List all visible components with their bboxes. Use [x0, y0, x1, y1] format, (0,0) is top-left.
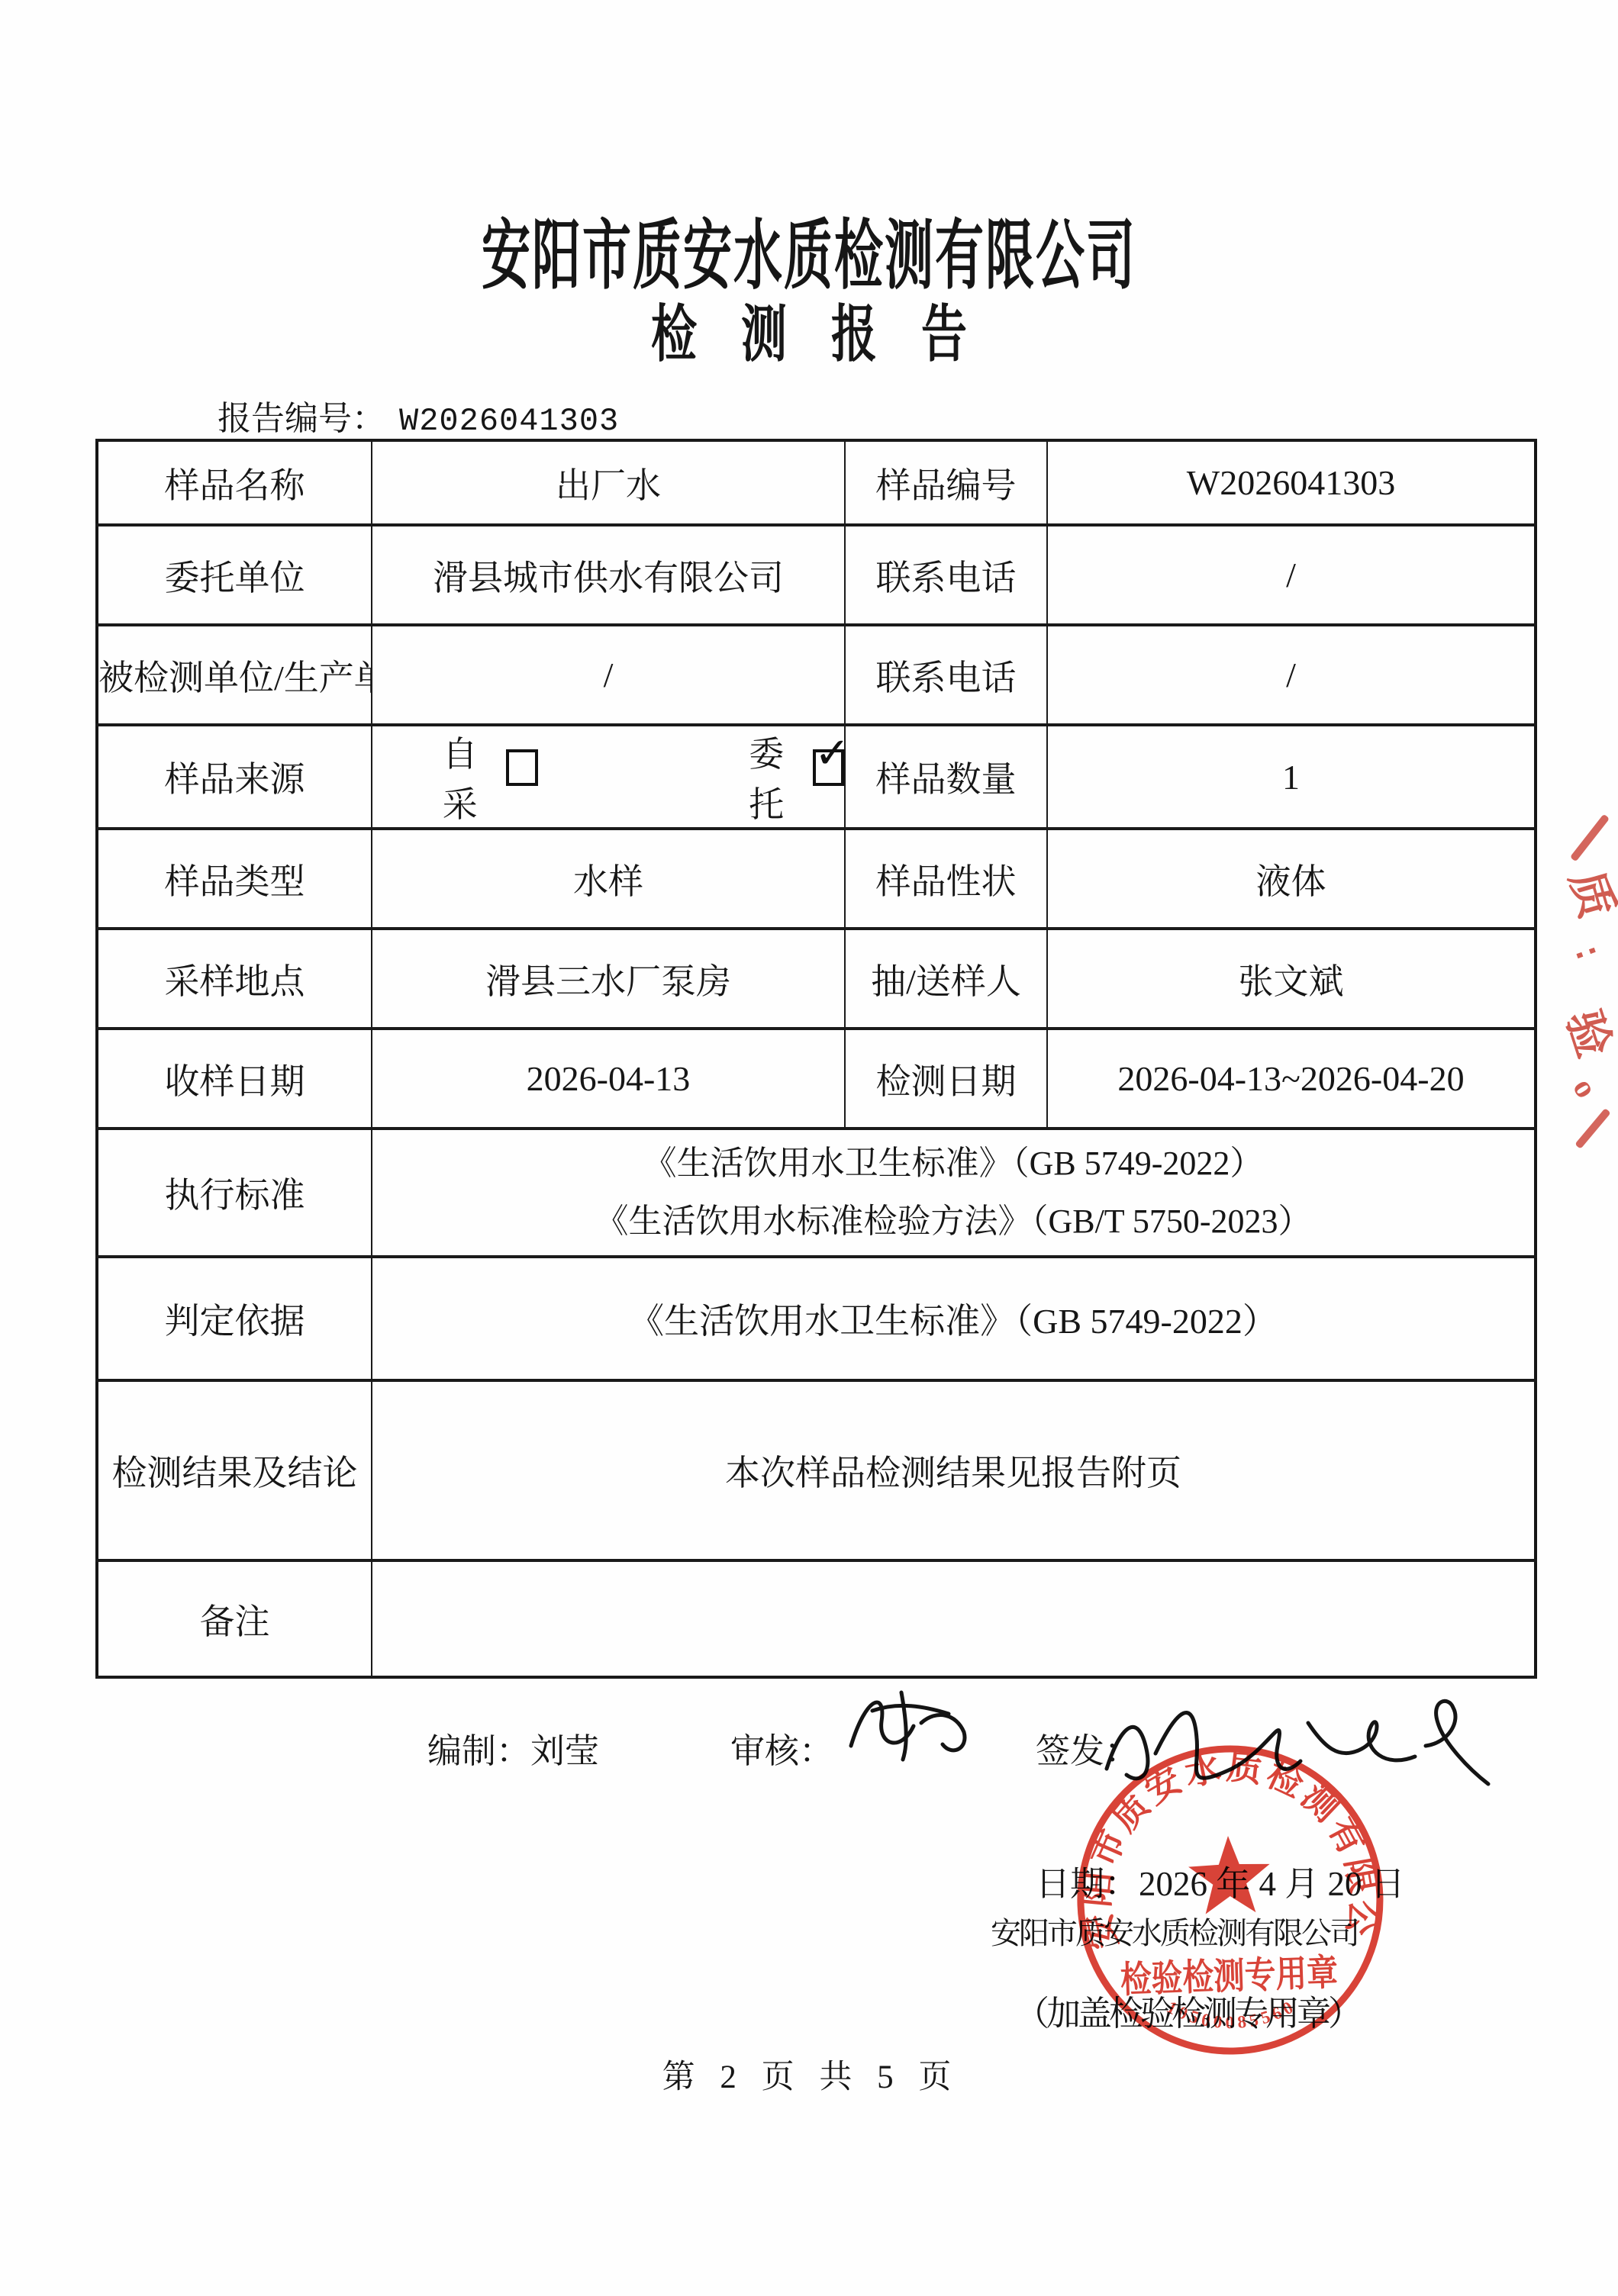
cell-label: 样品数量: [845, 725, 1047, 829]
cell-value: 张文斌: [1047, 929, 1536, 1029]
standard-line: 《生活饮用水卫生标准》（GB 5749-2022）: [372, 1135, 1534, 1193]
seal-ellipse: [1075, 1744, 1385, 2056]
stamp-bleed-mark: [1570, 814, 1610, 862]
cell-value: 1: [1047, 725, 1536, 829]
company-title-wrap: 安阳市质安水质检测有限公司: [0, 195, 1618, 266]
seal-serial-number: 10500085560: [1163, 1993, 1300, 2035]
checkbox-entrust-checked: ✓: [813, 749, 844, 786]
cell-value: 出厂水: [372, 440, 845, 525]
cell-label: 采样地点: [97, 929, 372, 1029]
reviewer-signature: [828, 1679, 1004, 1778]
company-seal: 安阳市质安水质检测有限公司 检验检测专用章 10500085560: [1049, 1720, 1412, 2083]
cell-value: W2026041303: [1047, 440, 1536, 525]
cell-value: 水样: [372, 829, 845, 929]
seal-band-text: 检验检测专用章: [1120, 1952, 1339, 2001]
report-number-label: 报告编号：: [218, 400, 385, 437]
cell-label: 样品类型: [97, 829, 372, 929]
prepared-name: 刘莹: [530, 1732, 599, 1770]
table-row: 收样日期 2026-04-13 检测日期 2026-04-13~2026-04-…: [97, 1029, 1536, 1129]
report-number-line: 报告编号：W2026041303: [218, 391, 619, 440]
cell-value: 液体: [1047, 829, 1536, 929]
checkbox-self-unchecked: [506, 749, 537, 786]
cell-value: 2026-04-13~2026-04-20: [1047, 1029, 1536, 1129]
stamp-bleed-fragment: 质: [1557, 862, 1618, 924]
cell-label: 联系电话: [845, 525, 1047, 625]
prepared-label: 编制：: [427, 1732, 530, 1770]
cell-label: 执行标准: [97, 1129, 372, 1257]
page-footer: 第 2 页 共 5 页: [0, 2051, 1618, 2098]
report-title: 检测报告: [607, 285, 1011, 374]
table-row: 执行标准 《生活饮用水卫生标准》（GB 5749-2022） 《生活饮用水标准检…: [97, 1129, 1536, 1257]
table-row: 样品来源 自采 委托 ✓ 样品数量 1: [97, 725, 1536, 829]
cell-label: 抽/送样人: [845, 929, 1047, 1029]
table-row: 采样地点 滑县三水厂泵房 抽/送样人 张文斌: [97, 929, 1536, 1029]
cell-label: 委托单位: [97, 525, 372, 625]
star-icon: [1188, 1834, 1272, 1914]
table-row: 检测结果及结论 本次样品检测结果见报告附页: [97, 1380, 1536, 1560]
cell-label: 检测结果及结论: [97, 1380, 372, 1560]
seal-company-arc-text: 安阳市质安水质检测有限公司: [1049, 1720, 1384, 1954]
sample-source-cell: 自采 委托 ✓: [372, 725, 845, 829]
cell-value: 滑县三水厂泵房: [372, 929, 845, 1029]
stamp-bleed-fragment: o: [1565, 1071, 1605, 1104]
table-row: 判定依据 《生活饮用水卫生标准》（GB 5749-2022）: [97, 1257, 1536, 1380]
cell-label: 样品名称: [97, 440, 372, 525]
table-row: 委托单位 滑县城市供水有限公司 联系电话 /: [97, 525, 1536, 625]
cell-value: [372, 1560, 1536, 1677]
source-option-self-label: 自采: [426, 726, 494, 827]
cell-label: 联系电话: [845, 625, 1047, 725]
standard-line: 《生活饮用水标准检验方法》（GB/T 5750-2023）: [372, 1193, 1534, 1251]
cell-label: 被检测单位/生产单位: [97, 625, 372, 725]
cell-label: 备注: [97, 1560, 372, 1677]
table-row: 样品类型 水样 样品性状 液体: [97, 829, 1536, 929]
cell-value: /: [372, 625, 845, 725]
report-number-value: W2026041303: [399, 403, 619, 440]
cell-label: 判定依据: [97, 1257, 372, 1380]
cell-label: 样品来源: [97, 725, 372, 829]
cell-value: 本次样品检测结果见报告附页: [372, 1380, 1536, 1560]
stamp-bleed-fragment: 验: [1554, 1000, 1618, 1064]
prepared-by: 编制：刘莹: [427, 1723, 599, 1773]
stamp-bleed-mark: [1574, 1108, 1611, 1149]
cell-value: 《生活饮用水卫生标准》（GB 5749-2022）: [372, 1257, 1536, 1380]
cell-label: 样品性状: [845, 829, 1047, 929]
cell-value: 2026-04-13: [372, 1029, 845, 1129]
cell-label: 检测日期: [845, 1029, 1047, 1129]
cell-value: /: [1047, 625, 1536, 725]
table-row: 被检测单位/生产单位 / 联系电话 /: [97, 625, 1536, 725]
table-row: 样品名称 出厂水 样品编号 W2026041303: [97, 440, 1536, 525]
scanned-report-page: 安阳市质安水质检测有限公司 检测报告 报告编号：W2026041303 样品名称…: [0, 0, 1618, 2296]
table-row: 备注: [97, 1560, 1536, 1677]
cell-value: 滑县城市供水有限公司: [372, 525, 845, 625]
cell-label: 样品编号: [845, 440, 1047, 525]
check-icon: ✓: [814, 733, 845, 775]
source-option-entrust-label: 委托: [733, 726, 801, 827]
reviewed-label: 审核：: [730, 1723, 833, 1773]
stamp-bleed-fragment: ∶: [1565, 942, 1607, 964]
cell-label: 收样日期: [97, 1029, 372, 1129]
report-title-wrap: 检测报告: [0, 285, 1618, 351]
cell-value: 《生活饮用水卫生标准》（GB 5749-2022） 《生活饮用水标准检验方法》（…: [372, 1129, 1536, 1257]
cell-value: /: [1047, 525, 1536, 625]
sample-info-table: 样品名称 出厂水 样品编号 W2026041303 委托单位 滑县城市供水有限公…: [95, 439, 1537, 1679]
